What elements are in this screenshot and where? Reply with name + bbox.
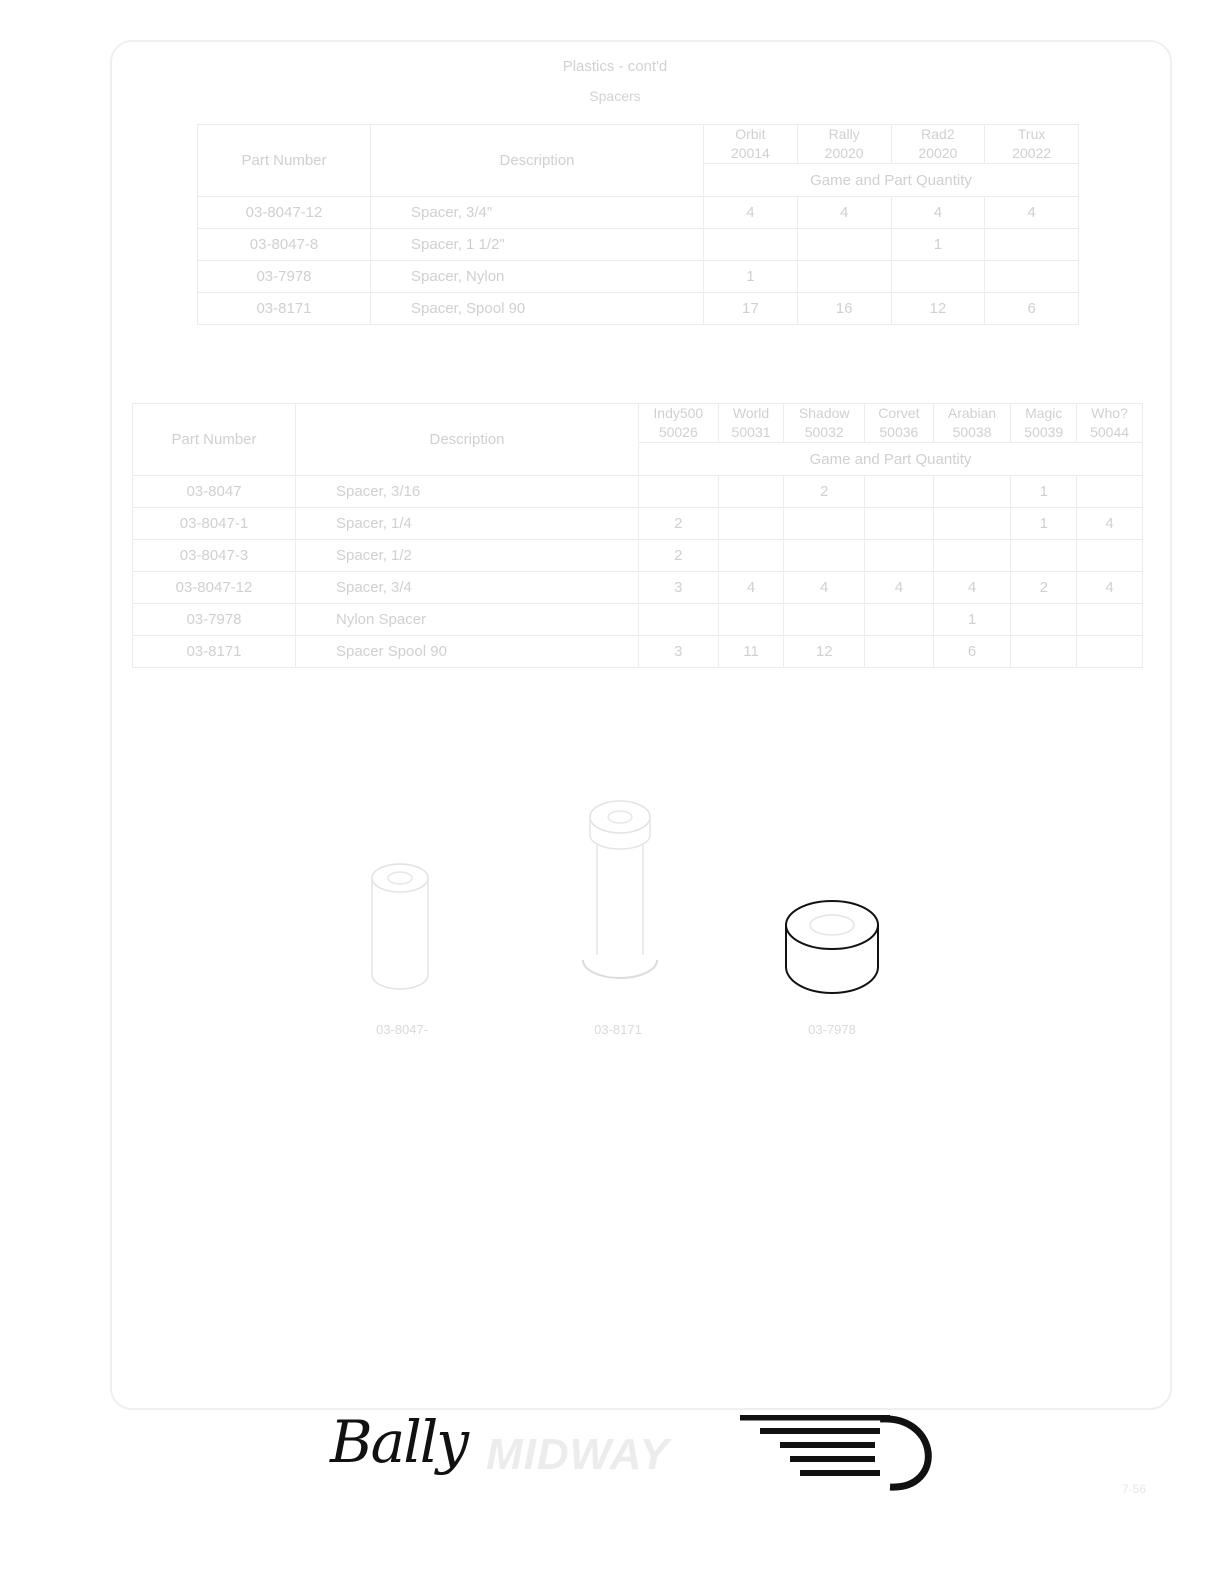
quantity-cell (933, 476, 1011, 508)
table-row: 03-8171Spacer Spool 90311126 (133, 636, 1143, 668)
group-header: Game and Part Quantity (639, 443, 1143, 476)
quantity-cell (1011, 604, 1077, 636)
part-number-cell: 03-8171 (198, 293, 371, 325)
column-header-game: Orbit20014 (704, 125, 798, 164)
quantity-cell: 2 (1011, 572, 1077, 604)
table-row: 03-8047-1Spacer, 1/4214 (133, 508, 1143, 540)
quantity-cell (1011, 636, 1077, 668)
group-header: Game and Part Quantity (704, 164, 1079, 197)
part-number-cell: 03-8171 (133, 636, 296, 668)
column-header-game: Trux20022 (985, 125, 1079, 164)
description-cell: Spacer, 3/4" (371, 197, 704, 229)
parts-table-2: Part NumberDescriptionIndy50050026World5… (132, 403, 1143, 668)
column-header-game: Corvet50036 (865, 404, 934, 443)
header-row: Part NumberDescriptionIndy50050026World5… (133, 404, 1143, 443)
quantity-cell (718, 508, 784, 540)
page-number: 7-56 (1122, 1482, 1146, 1496)
quantity-cell (784, 604, 865, 636)
quantity-cell (1011, 540, 1077, 572)
part-number-cell: 03-7978 (198, 261, 371, 293)
spacer-spool-illustration (575, 795, 665, 995)
quantity-cell (933, 540, 1011, 572)
column-header-game: Who?50044 (1077, 404, 1143, 443)
quantity-cell: 2 (639, 508, 719, 540)
quantity-cell (704, 229, 798, 261)
table-row: 03-7978Nylon Spacer1 (133, 604, 1143, 636)
description-cell: Spacer, 3/16 (296, 476, 639, 508)
figure-label: 03-8047- (342, 1022, 462, 1037)
quantity-cell (1077, 476, 1143, 508)
column-header-game: Arabian50038 (933, 404, 1011, 443)
description-cell: Spacer, Nylon (371, 261, 704, 293)
quantity-cell (865, 508, 934, 540)
quantity-cell (718, 604, 784, 636)
column-header-part-number: Part Number (133, 404, 296, 476)
bally-logo: Bally (330, 1408, 467, 1476)
header-row: Part NumberDescriptionOrbit20014Rally200… (198, 125, 1079, 164)
quantity-cell: 1 (933, 604, 1011, 636)
quantity-cell (985, 229, 1079, 261)
column-header-description: Description (371, 125, 704, 197)
quantity-cell: 2 (639, 540, 719, 572)
quantity-cell (865, 476, 934, 508)
quantity-cell (797, 229, 891, 261)
nylon-spacer-illustration (780, 895, 885, 1000)
quantity-cell: 4 (718, 572, 784, 604)
quantity-cell (1077, 604, 1143, 636)
spacer-3-16-illustration (365, 860, 435, 995)
column-header-part-number: Part Number (198, 125, 371, 197)
column-header-game: World50031 (718, 404, 784, 443)
quantity-cell (718, 476, 784, 508)
figure-label: 03-8171 (558, 1022, 678, 1037)
column-header-game: Indy50050026 (639, 404, 719, 443)
quantity-cell: 4 (797, 197, 891, 229)
quantity-cell (1077, 540, 1143, 572)
quantity-cell (865, 540, 934, 572)
description-cell: Spacer, 1 1/2" (371, 229, 704, 261)
quantity-cell: 6 (985, 293, 1079, 325)
quantity-cell: 4 (891, 197, 985, 229)
quantity-cell: 4 (1077, 572, 1143, 604)
table-row: 03-8047-12Spacer, 3/43444424 (133, 572, 1143, 604)
quantity-cell: 4 (1077, 508, 1143, 540)
quantity-cell: 4 (784, 572, 865, 604)
table-row: 03-8047-8Spacer, 1 1/2"1 (198, 229, 1079, 261)
description-cell: Spacer, Spool 90 (371, 293, 704, 325)
part-number-cell: 03-8047-1 (133, 508, 296, 540)
quantity-cell (784, 540, 865, 572)
description-cell: Nylon Spacer (296, 604, 639, 636)
part-number-cell: 03-8047-12 (198, 197, 371, 229)
quantity-cell: 1 (1011, 508, 1077, 540)
quantity-cell (891, 261, 985, 293)
quantity-cell (639, 476, 719, 508)
quantity-cell (797, 261, 891, 293)
quantity-cell: 12 (891, 293, 985, 325)
quantity-cell: 3 (639, 572, 719, 604)
table-row: 03-8047-12Spacer, 3/4"4444 (198, 197, 1079, 229)
quantity-cell: 6 (933, 636, 1011, 668)
column-header-game: Rally20020 (797, 125, 891, 164)
part-number-cell: 03-8047-12 (133, 572, 296, 604)
description-cell: Spacer, 3/4 (296, 572, 639, 604)
column-header-description: Description (296, 404, 639, 476)
quantity-cell: 16 (797, 293, 891, 325)
quantity-cell (1077, 636, 1143, 668)
table-row: 03-8047Spacer, 3/1621 (133, 476, 1143, 508)
quantity-cell (784, 508, 865, 540)
midway-wing-icon (740, 1415, 940, 1495)
figure-label: 03-7978 (772, 1022, 892, 1037)
midway-logo: MIDWAY (486, 1430, 670, 1480)
column-header-game: Shadow50032 (784, 404, 865, 443)
quantity-cell (639, 604, 719, 636)
description-cell: Spacer, 1/2 (296, 540, 639, 572)
quantity-cell: 2 (784, 476, 865, 508)
part-number-cell: 03-7978 (133, 604, 296, 636)
quantity-cell (985, 261, 1079, 293)
table-row: 03-7978Spacer, Nylon1 (198, 261, 1079, 293)
quantity-cell (718, 540, 784, 572)
part-number-cell: 03-8047 (133, 476, 296, 508)
quantity-cell: 3 (639, 636, 719, 668)
description-cell: Spacer, 1/4 (296, 508, 639, 540)
quantity-cell: 4 (933, 572, 1011, 604)
quantity-cell: 1 (1011, 476, 1077, 508)
column-header-game: Magic50039 (1011, 404, 1077, 443)
quantity-cell: 12 (784, 636, 865, 668)
quantity-cell (865, 636, 934, 668)
table-row: 03-8171Spacer, Spool 901716126 (198, 293, 1079, 325)
table-row: 03-8047-3Spacer, 1/22 (133, 540, 1143, 572)
quantity-cell: 1 (891, 229, 985, 261)
column-header-game: Rad220020 (891, 125, 985, 164)
page-subtitle: Spacers (0, 88, 1230, 104)
quantity-cell: 4 (985, 197, 1079, 229)
quantity-cell (865, 604, 934, 636)
quantity-cell: 17 (704, 293, 798, 325)
page-title: Plastics - cont'd (0, 58, 1230, 75)
quantity-cell: 4 (704, 197, 798, 229)
quantity-cell (933, 508, 1011, 540)
quantity-cell: 4 (865, 572, 934, 604)
description-cell: Spacer Spool 90 (296, 636, 639, 668)
part-number-cell: 03-8047-8 (198, 229, 371, 261)
quantity-cell: 11 (718, 636, 784, 668)
parts-table-1: Part NumberDescriptionOrbit20014Rally200… (197, 124, 1079, 325)
quantity-cell: 1 (704, 261, 798, 293)
part-number-cell: 03-8047-3 (133, 540, 296, 572)
